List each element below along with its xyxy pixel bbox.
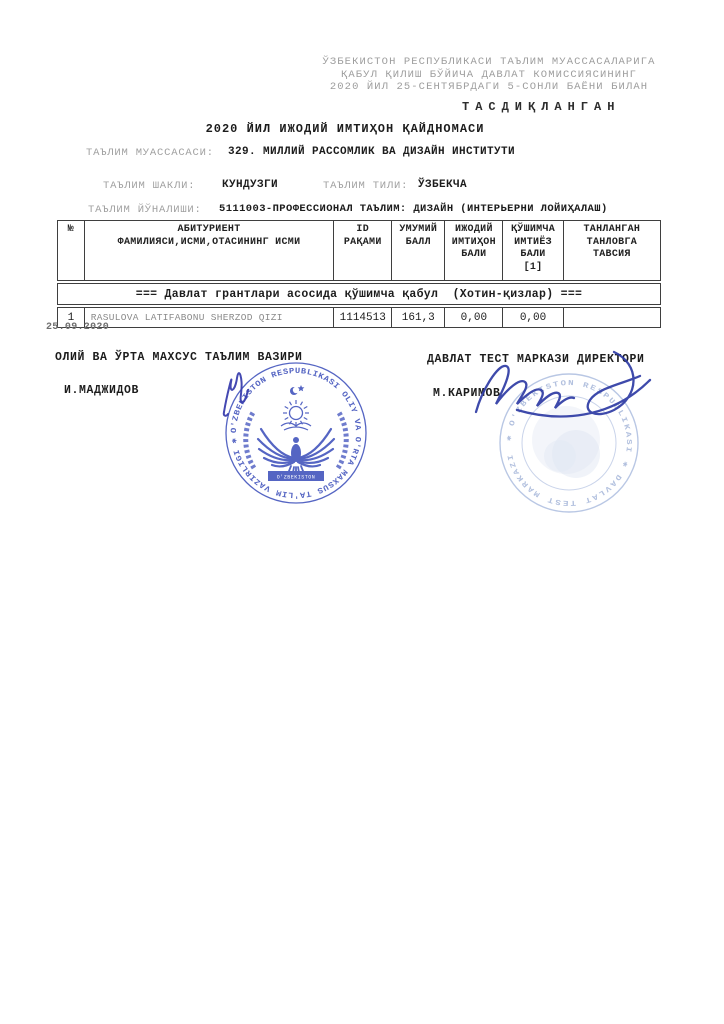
results-table: № АБИТУРИЕНТФАМИЛИЯСИ,ИСМИ,ОТАСИНИНГ ИСМ… xyxy=(57,218,661,330)
col-header-bonus-score: ҚЎШИМЧАИМТИЁЗБАЛИ[1] xyxy=(503,220,563,281)
institution-label: ТАЪЛИМ МУАССАСАСИ: xyxy=(86,147,214,159)
direction-value: 5111003-ПРОФЕССИОНАЛ ТАЪЛИМ: ДИЗАЙН (ИНТ… xyxy=(219,203,608,215)
approval-line-3: 2020 ЙИЛ 25-СЕНТЯБРДАГИ 5-СОНЛИ БАЁНИ БИ… xyxy=(308,81,670,94)
minister-signature xyxy=(214,360,258,420)
direction-label: ТАЪЛИМ ЙЎНАЛИШИ: xyxy=(88,204,202,216)
table-row: 1 RASULOVA LATIFABONU SHERZOD QIZI 11145… xyxy=(57,307,661,328)
sun-rays-icon xyxy=(283,400,309,426)
col-header-id: IDРАҚАМИ xyxy=(334,220,392,281)
approved-text: ТАСДИҚЛАНГАН xyxy=(462,100,620,114)
cell-total-score: 161,3 xyxy=(392,307,445,328)
document-title: 2020 ЙИЛ ИЖОДИЙ ИМТИҲОН ҚАЙДНОМАСИ xyxy=(120,122,570,136)
col-header-exam-score: ИЖОДИЙИМТИҲОНБАЛИ xyxy=(445,220,503,281)
cell-id: 1114513 xyxy=(334,307,392,328)
wreath-right-icon xyxy=(338,411,346,468)
table-header-row: № АБИТУРИЕНТФАМИЛИЯСИ,ИСМИ,ОТАСИНИНГ ИСМ… xyxy=(57,220,661,281)
approval-line-1: ЎЗБЕКИСТОН РЕСПУБЛИКАСИ ТАЪЛИМ МУАССАСАЛ… xyxy=(308,56,670,69)
education-language-value: ЎЗБЕКЧА xyxy=(418,179,467,191)
education-form-value: КУНДУЗГИ xyxy=(222,179,278,191)
results-table-wrapper: № АБИТУРИЕНТФАМИЛИЯСИ,ИСМИ,ОТАСИНИНГ ИСМ… xyxy=(57,218,661,330)
education-language-label: ТАЪЛИМ ТИЛИ: xyxy=(323,180,408,192)
banner-text: O'ZBEKISTON xyxy=(277,475,316,481)
minister-name: И.МАДЖИДОВ xyxy=(64,384,139,397)
document-page: ЎЗБЕКИСТОН РЕСПУБЛИКАСИ ТАЪЛИМ МУАССАСАЛ… xyxy=(0,0,724,1024)
cell-recommendation xyxy=(564,307,661,328)
institution-value: 329. МИЛЛИЙ РАССОМЛИК ВА ДИЗАЙН ИНСТИТУТ… xyxy=(228,146,515,158)
approval-line-2: ҚАБУЛ ҚИЛИШ БЎЙИЧА ДАВЛАТ КОМИССИЯСИНИНГ xyxy=(308,69,670,82)
cell-bonus-score: 0,00 xyxy=(503,307,563,328)
section-title: === Давлат грантлари асосида қўшимча қаб… xyxy=(57,283,661,305)
education-form-label: ТАЪЛИМ ШАКЛИ: xyxy=(103,180,195,192)
section-title-row: === Давлат грантлари асосида қўшимча қаб… xyxy=(57,283,661,305)
director-signature xyxy=(462,346,662,436)
col-header-total-score: УМУМИЙБАЛЛ xyxy=(392,220,445,281)
cell-exam-score: 0,00 xyxy=(445,307,503,328)
approval-block: ЎЗБЕКИСТОН РЕСПУБЛИКАСИ ТАЪЛИМ МУАССАСАЛ… xyxy=(308,56,670,94)
col-header-number: № xyxy=(57,220,85,281)
cell-applicant-name: RASULOVA LATIFABONU SHERZOD QIZI xyxy=(85,307,334,328)
protocol-date: 25.09.2020 xyxy=(46,322,109,333)
col-header-recommendation: ТАНЛАНГАНТАНЛОВГАТАВСИЯ xyxy=(564,220,661,281)
col-header-applicant: АБИТУРИЕНТФАМИЛИЯСИ,ИСМИ,ОТАСИНИНГ ИСМИ xyxy=(85,220,334,281)
